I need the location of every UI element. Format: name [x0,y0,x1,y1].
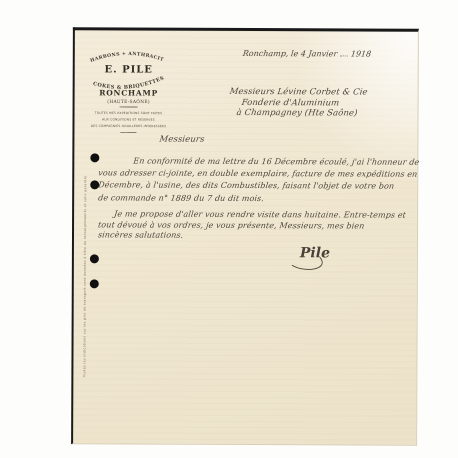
recipient-line-3: à Champagney (Hte Saône) [236,108,358,119]
hole-punch [90,254,99,263]
date-dotted-rule [340,49,347,56]
body-line: vous adresser ci-jointe, en double exemp… [98,168,418,178]
letterhead-company-name: E. PILE [104,64,152,75]
letter-paper: Toutes les indications sur les prix de t… [71,27,419,446]
body-line: de commande n° 1889 du 7 du dit mois. [98,193,265,203]
recipient-line-2: Fonderie d'Aluminium [241,98,340,108]
hole-punch [90,279,99,288]
body-line: tout dévoué à vos ordres, je vous présen… [97,220,365,230]
letterhead-department: (HAUTE-SAÔNE) [107,99,150,105]
date-place: Ronchamp, le 4 Janvier [242,49,338,58]
date-line: Ronchamp, le 4 Janvier 1918 [243,49,371,59]
margin-conditions-note: Toutes les indications sur les prix de t… [82,176,87,378]
letterhead-products-top: CHARBONS + ANTHRACITES [74,44,164,64]
signature-name: Pile [299,245,330,261]
svg-text:CHARBONS + ANTHRACITES: CHARBONS + ANTHRACITES [74,44,164,64]
hole-punch [90,153,99,162]
body-line: Je me propose d'aller vous rendre visite… [114,209,407,219]
letterhead-conditions-line-3: DES COMPAGNIES HOUILLÈRES INTÉRESSÉES [91,123,166,128]
salutation: Messieurs [159,135,205,145]
signature: Pile [284,237,348,277]
body-line: sincères salutations. [97,230,183,239]
letterhead-conditions-line-1: TOUTES MES EXPÉDITIONS SONT FAITES [94,110,162,115]
recipient-line-1: Messieurs Lévine Corbet & Cie [229,87,368,98]
letterhead-conditions-line-2: AUX CONDITIONS ET RÉSERVES [102,116,155,121]
body-line: Décembre, à l'usine, des dits Combustibl… [98,180,395,190]
body-line: En conformité de ma lettre du 16 Décembr… [133,157,420,167]
date-year: 1918 [350,49,372,58]
letterhead-city: RONCHAMP [99,88,158,97]
